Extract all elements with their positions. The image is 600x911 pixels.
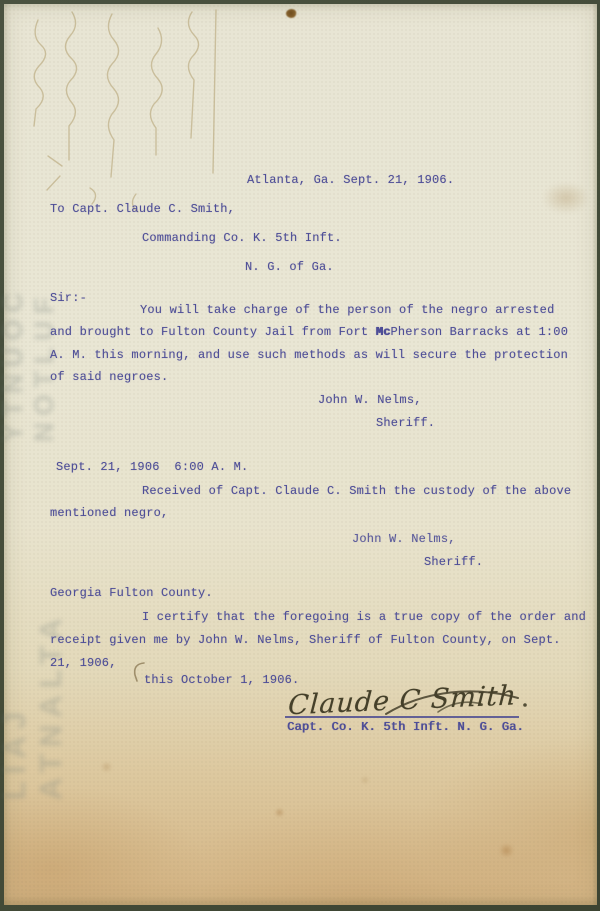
order-signature-title: Sheriff. xyxy=(376,417,435,431)
overstruck-characters: Mc xyxy=(376,325,391,339)
order-body-line-4: of said negroes. xyxy=(50,371,168,385)
receipt-dateline: Sept. 21, 1906 6:00 A. M. xyxy=(56,461,248,475)
certification-line-4: this October 1, 1906. xyxy=(144,674,299,688)
order-body-line-2a: and brought to Fulton County Jail from F… xyxy=(50,325,376,339)
certification-line-3: 21, 1906, xyxy=(50,657,117,671)
dateline: Atlanta, Ga. Sept. 21, 1906. xyxy=(247,174,454,188)
address-line-2: Commanding Co. K. 5th Inft. xyxy=(142,232,342,246)
order-body-line-2: and brought to Fulton County Jail from F… xyxy=(50,326,568,340)
faint-handwriting-marks xyxy=(18,6,233,221)
receipt-line-1: Received of Capt. Claude C. Smith the cu… xyxy=(142,485,571,499)
bleedthrough-text-upper: YTNUOC NOTLUF xyxy=(0,122,60,442)
salutation: Sir:- xyxy=(50,292,87,306)
signature-underline xyxy=(285,716,519,718)
order-body-line-3: A. M. this morning, and use such methods… xyxy=(50,349,568,363)
certification-line-1: I certify that the foregoing is a true c… xyxy=(142,611,586,625)
scanned-document: YTNUOC NOTLUF LIAJ ATNALTA Atlanta, Ga. … xyxy=(0,0,600,911)
receipt-signature-name: John W. Nelms, xyxy=(352,533,456,547)
order-body-line-2c: Pherson Barracks at 1:00 xyxy=(390,325,568,339)
address-line-1: To Capt. Claude C. Smith, xyxy=(50,203,235,217)
foxing-spot xyxy=(274,808,285,817)
foxing-spot xyxy=(100,762,113,772)
paper-hole-mark xyxy=(286,9,297,18)
smudge-stain xyxy=(542,182,590,214)
receipt-line-2: mentioned negro, xyxy=(50,507,168,521)
foxing-spot xyxy=(498,844,515,857)
address-line-3: N. G. of Ga. xyxy=(245,261,334,275)
certification-heading: Georgia Fulton County. xyxy=(50,587,213,601)
foxing-spot xyxy=(360,776,370,784)
certification-line-2: receipt given me by John W. Nelms, Sheri… xyxy=(50,634,561,648)
signature-typed-title: Capt. Co. K. 5th Inft. N. G. Ga. xyxy=(287,721,524,735)
letter-page: YTNUOC NOTLUF LIAJ ATNALTA Atlanta, Ga. … xyxy=(4,4,597,905)
order-body-line-1: You will take charge of the person of th… xyxy=(140,304,554,318)
order-signature-name: John W. Nelms, xyxy=(318,394,422,408)
receipt-signature-title: Sheriff. xyxy=(424,556,483,570)
